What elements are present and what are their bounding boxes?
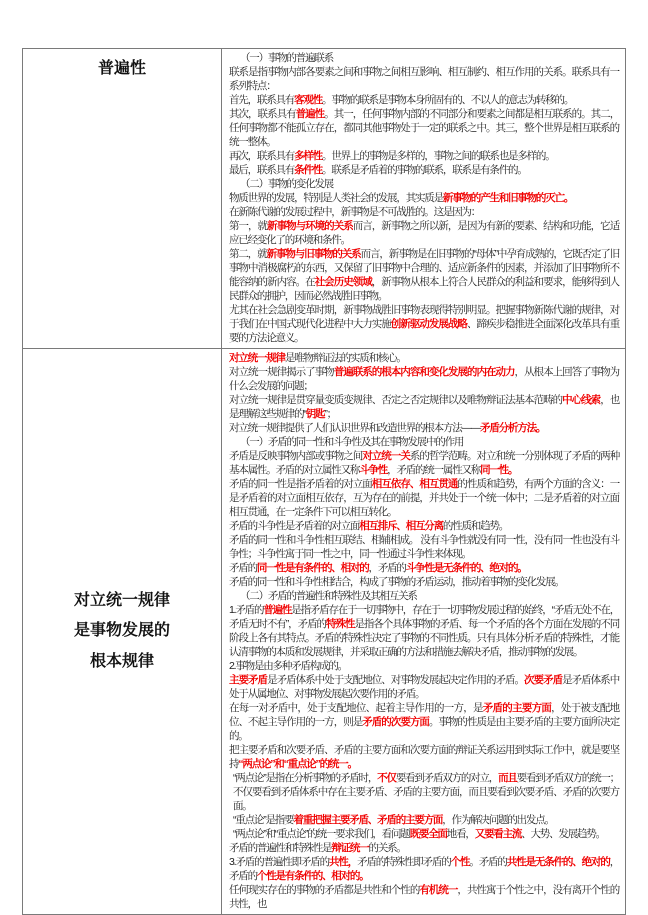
highlighted-term: 次要矛盾 [524,674,562,686]
text-run: 矛盾的普遍性和特殊性是 [229,842,331,854]
highlighted-term: 矛盾的主要方面 [483,702,551,714]
text-run: ，作为解决问题的出发点。 [442,814,554,826]
text-run: 矛盾是反映事物内部或事物之间 [229,450,362,462]
paragraph: 主要矛盾是矛盾体系中处于支配地位、对事物发展起决定作用的矛盾。次要矛盾是矛盾体系… [229,673,619,701]
highlighted-term: 新事物的产生和旧事物的灭亡。 [443,192,573,204]
text-run: 2.事物是由多种矛盾构成的。 [229,660,347,672]
paragraph: （一）事物的普遍联系 [229,51,619,65]
highlighted-term: 普遍性 [296,108,325,120]
table-row: 普遍性（一）事物的普遍联系联系是指事物内部各要素之间和事物之间相互影响、相互制约… [23,49,626,349]
highlighted-term: 个性是有条件的、相对的。 [257,870,369,882]
text-run: 矛盾的特殊性即矛盾的 [357,856,451,868]
highlighted-term: 多样性 [294,150,322,162]
text-run: 矛盾的同一性和斗争性相互联结、相辅相成。 没有斗争性就没有同一性，没有同一性也没… [229,534,619,560]
highlighted-term: 主要矛盾 [229,674,267,686]
paragraph: 物质世界的发展，特别是人类社会的发展，其实质是新事物的产生和旧事物的灭亡。 [229,191,619,205]
text-run: 第二，就 [229,248,267,260]
knowledge-table: 普遍性（一）事物的普遍联系联系是指事物内部各要素之间和事物之间相互影响、相互制约… [22,48,626,915]
text-run: 、大势、发展趋势。 [521,828,605,840]
text-run: ”； [324,408,336,420]
paragraph: （一）矛盾的同一性和斗争性及其在事物发展中的作用 [229,435,619,449]
row-content: （一）事物的普遍联系联系是指事物内部各要素之间和事物之间相互影响、相互制约、相互… [222,49,626,349]
highlighted-term: 相互依存、相互贯通 [372,478,458,490]
text-run: 对立统一规律提供了人们认识世界和改造世界的根本方法—— [229,422,480,434]
paragraph: 矛盾的斗争性是矛盾着的对立面相互排斥、相互分离的性质和趋势。 [229,519,619,533]
text-run: 再次，联系具有 [229,150,294,162]
row-label-line: 根本规律 [24,647,220,677]
paragraph: 在新陈代谢的发展过程中，新事物是不可战胜的。这是因为： [229,205,619,219]
knowledge-table-body: 普遍性（一）事物的普遍联系联系是指事物内部各要素之间和事物之间相互影响、相互制约… [23,49,626,915]
text-run: 。世界上的事物是多样的，事物之间的联系也是多样的。 [322,150,555,162]
text-run: “重点论”是指要 [233,814,293,826]
text-run: 联系是指事物内部各要素之间和事物之间相互影响、相互制约、相互作用的关系。联系具有… [229,66,619,92]
highlighted-term: 条件性 [294,164,322,176]
row-label: 普遍性 [23,49,222,349]
highlighted-term: 共性是无条件的、绝对的 [507,856,610,868]
table-row: 对立统一规律是事物发展的根本规律对立统一规律是唯物辩证法的实质和核心。对立统一规… [23,349,626,915]
highlighted-term: 创新驱动发展战略 [391,318,467,330]
highlighted-term: 不仅 [377,772,396,784]
paragraph: 联系是指事物内部各要素之间和事物之间相互影响、相互制约、相互作用的关系。联系具有… [229,65,619,93]
paragraph: 任何现实存在的事物的矛盾都是共性和个性的有机统一，共性寓于个性之中，没有离开个性… [229,883,619,911]
text-run: 矛盾的同一性和斗争性相结合，构成了事物的矛盾运动，推动着事物的变化发展。 [229,576,564,588]
text-run: 对立统一规律是贯穿量变质变规律、否定之否定规律以及唯物辩证法基本范畴的 [229,394,562,406]
highlighted-term: 新事物与旧事物的关系 [267,248,361,260]
paragraph: 第二，就新事物与旧事物的关系而言，新事物是在旧事物的“母体”中孕育成熟的，它既否… [229,247,619,303]
text-run: （一）事物的普遍联系 [240,52,333,64]
highlighted-term: 对立统一关 [362,450,410,462]
highlighted-term: 矛盾的次要方面 [362,716,429,728]
row-label-line: 普遍性 [24,54,220,84]
highlighted-term: 着重把握主要矛盾、矛盾的主要方面 [293,814,442,826]
paragraph: 矛盾的普遍性和特殊性是辩证统一的关系。 [229,841,619,855]
paragraph: （二）矛盾的普遍性和特殊性及其相互关系 [229,589,619,603]
paragraph: 尤其在社会急剧变革时期，新事物战胜旧事物表现得特别明显。把握事物新陈代谢的规律，… [229,303,619,345]
text-run: 的性质和趋势。 [443,520,508,532]
text-run: 的关系。 [369,842,406,854]
paragraph: 把主要矛盾和次要矛盾、矛盾的主要方面和次要方面的辩证关系运用到实际工作中，就是要… [229,743,619,771]
paragraph: 再次，联系具有多样性。世界上的事物是多样的，事物之间的联系也是多样的。 [229,149,619,163]
paragraph: 矛盾的同一性是有条件的、相对的，矛盾的斗争性是无条件的、绝对的。 [229,561,619,575]
text-run: （二）矛盾的普遍性和特殊性及其相互关系 [240,590,417,602]
paragraph: 3.矛盾的普遍性即矛盾的共性，矛盾的特殊性即矛盾的个性。矛盾的共性是无条件的、绝… [229,855,619,883]
text-run: 。事物的联系是事物本身所固有的、不以人的意志为转移的。 [322,94,573,106]
paragraph: 最后，联系具有条件性。联系是矛盾着的事物的联系，联系是有条件的。 [229,163,619,177]
paragraph: 对立统一规律是贯穿量变质变规律、否定之否定规律以及唯物辩证法基本范畴的中心线索，… [229,393,619,421]
highlighted-term: 钥匙 [306,408,325,420]
highlighted-term: 新事物与环境的关系 [267,220,353,232]
highlighted-term: 同一性是有条件的、相对的 [257,562,369,574]
text-run: 在每一对矛盾中，处于支配地位、起着主导作用的一方，是 [229,702,483,714]
text-run: 地看， [447,828,475,840]
highlighted-term: 既要全面 [410,828,447,840]
highlighted-term: 普遍联系的根本内容和变化发展的内在动力 [334,366,515,378]
text-run: 第一，就 [229,220,267,232]
highlighted-term: 同一性。 [480,464,517,476]
highlighted-term: 有机统一 [419,884,457,896]
text-run: 矛盾的同一性是指矛盾着的对立面 [229,478,372,490]
text-run: ，矛盾的统一属性又称 [387,464,480,476]
text-run: 矛盾的 [229,562,257,574]
paragraph: 矛盾的同一性是指矛盾着的对立面相互依存、相互贯通的性质和趋势，有两个方面的含义：… [229,477,619,519]
highlighted-term: 又要看主流 [475,828,522,840]
text-run: “两点论”是指在分析事物的矛盾时， [233,772,377,784]
text-run: 矛盾的斗争性是矛盾着的对立面 [229,520,359,532]
text-run: 是矛盾体系中处于支配地位、对事物发展起决定作用的矛盾。 [267,674,524,686]
highlighted-term: “两点论”和“重点论”的统一。 [238,758,357,770]
text-run: 首先，联系具有 [229,94,294,106]
text-run: 3.矛盾的普遍性即矛盾的 [229,856,329,868]
highlighted-term: 斗争性 [359,464,387,476]
highlighted-term: 辩证统一 [331,842,368,854]
row-content: 对立统一规律是唯物辩证法的实质和核心。对立统一规律揭示了事物普遍联系的根本内容和… [222,349,626,915]
text-run: 。矛盾的 [469,856,506,868]
paragraph: 首先，联系具有客观性。事物的联系是事物本身所固有的、不以人的意志为转移的。 [229,93,619,107]
paragraph: （二）事物的变化发展 [229,177,619,191]
highlighted-term: 社会历史领域 [315,276,372,288]
paragraph: “重点论”是指要着重把握主要矛盾、矛盾的主要方面，作为解决问题的出发点。 [229,813,619,827]
text-run: 任何现实存在的事物的矛盾都是共性和个性的 [229,884,419,896]
text-run: 最后，联系具有 [229,164,294,176]
text-run: 要看到矛盾双方的对立， [396,772,498,784]
highlighted-term: 中心线索 [562,394,600,406]
highlighted-term: 共性， [329,856,357,868]
paragraph: “两点论”和“重点论”的统一要求我们，看问题既要全面地看，又要看主流、大势、发展… [229,827,619,841]
text-run: ，矛盾的 [369,562,406,574]
row-label-line: 是事物发展的 [24,616,220,646]
paragraph: 第一，就新事物与环境的关系而言，新事物之所以新，是因为有新的要素、结构和功能，它… [229,219,619,247]
paragraph: 其次，联系具有普遍性。其一，任何事物内部的不同部分和要素之间都是相互联系的。其二… [229,107,619,149]
highlighted-term: 普遍性 [263,604,291,616]
text-run: 对立统一规律揭示了事物 [229,366,334,378]
text-run: 。联系是矛盾着的事物的联系，联系是有条件的。 [322,164,527,176]
highlighted-term: 斗争性是无条件的、绝对的。 [406,562,527,574]
text-run: （二）事物的变化发展 [240,178,333,190]
document-page: 普遍性（一）事物的普遍联系联系是指事物内部各要素之间和事物之间相互影响、相互制约… [0,0,648,878]
row-label: 对立统一规律是事物发展的根本规律 [23,349,222,915]
highlighted-term: 而且 [498,772,517,784]
row-label-line: 对立统一规律 [24,586,220,616]
highlighted-term: 矛盾分析方法。 [480,422,545,434]
text-run: “两点论”和“重点论”的统一要求我们，看问题 [233,828,410,840]
paragraph: 对立统一规律揭示了事物普遍联系的根本内容和变化发展的内在动力，从根本上回答了事物… [229,365,619,393]
paragraph: 1.矛盾的普遍性是指矛盾存在于一切事物中，存在于一切事物发展过程的始终，“矛盾无… [229,603,619,659]
highlighted-term: 相互排斥、相互分离 [359,520,443,532]
text-run: 1.矛盾的 [229,604,263,616]
paragraph: 对立统一规律是唯物辩证法的实质和核心。 [229,351,619,365]
highlighted-term: 客观性 [294,94,322,106]
text-run: 物质世界的发展，特别是人类社会的发展，其实质是 [229,192,443,204]
text-run: 在新陈代谢的发展过程中，新事物是不可战胜的。这是因为： [229,206,480,218]
paragraph: 矛盾是反映事物内部或事物之间对立统一关系的哲学范畴。对立和统一分别体现了矛盾的两… [229,449,619,477]
text-run: 其次，联系具有 [229,108,296,120]
paragraph: “两点论”是指在分析事物的矛盾时，不仅要看到矛盾双方的对立，而且要看到矛盾双方的… [229,771,619,813]
paragraph: 矛盾的同一性和斗争性相结合，构成了事物的矛盾运动，推动着事物的变化发展。 [229,575,619,589]
highlighted-term: 特殊性 [326,618,354,630]
paragraph: 2.事物是由多种矛盾构成的。 [229,659,619,673]
text-run: （一）矛盾的同一性和斗争性及其在事物发展中的作用 [240,436,463,448]
text-run: 是唯物辩证法的实质和核心。 [285,352,406,364]
paragraph: 矛盾的同一性和斗争性相互联结、相辅相成。 没有斗争性就没有同一性，没有同一性也没… [229,533,619,561]
highlighted-term: 对立统一规律 [229,352,285,364]
paragraph: 对立统一规律提供了人们认识世界和改造世界的根本方法——矛盾分析方法。 [229,421,619,435]
highlighted-term: 个性 [451,856,470,868]
paragraph: 在每一对矛盾中，处于支配地位、起着主导作用的一方，是矛盾的主要方面，处于被支配地… [229,701,619,743]
